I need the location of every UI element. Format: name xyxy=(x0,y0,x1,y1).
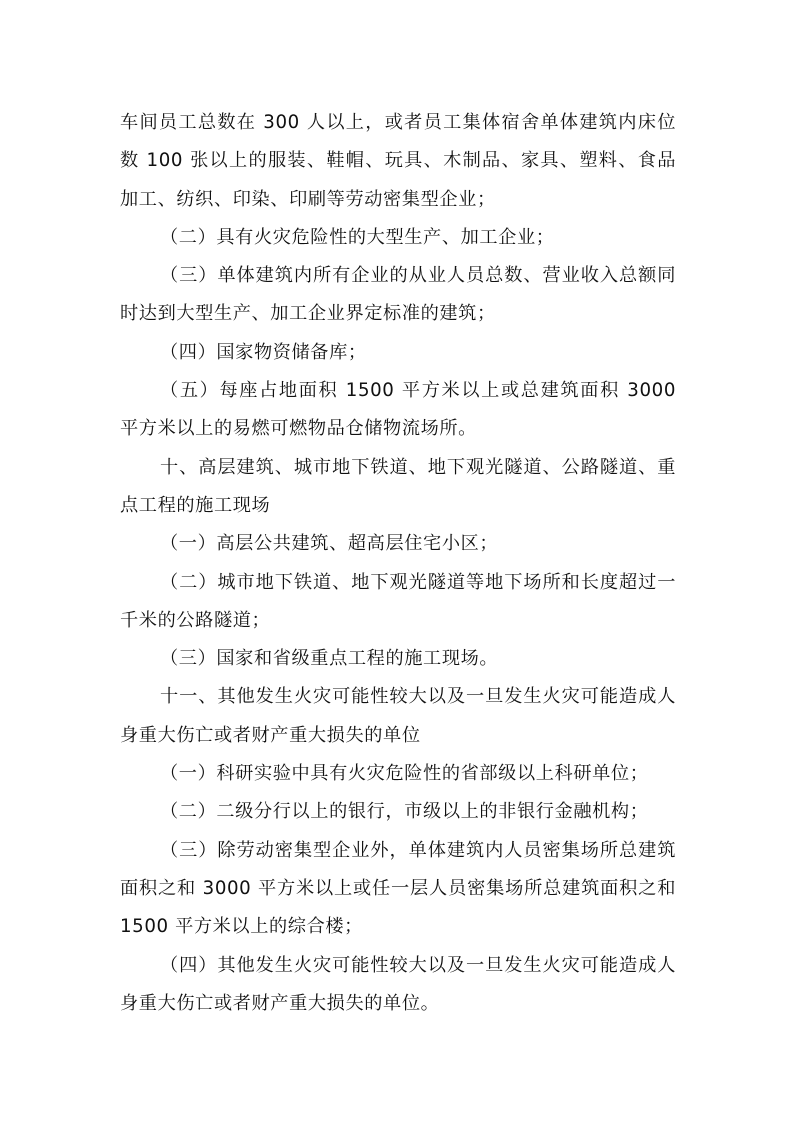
list-item-2: （二）具有火灾危险性的大型生产、加工企业； xyxy=(120,219,676,257)
paragraph-continuation: 车间员工总数在 300 人以上，或者员工集体宿舍单体建筑内床位数 100 张以上… xyxy=(120,104,676,219)
list-item-3: （三）国家和省级重点工程的施工现场。 xyxy=(120,640,676,678)
list-item-3: （三）除劳动密集型企业外，单体建筑内人员密集场所总建筑面积之和 3000 平方米… xyxy=(120,832,676,947)
list-item-5: （五）每座占地面积 1500 平方米以上或总建筑面积 3000 平方米以上的易燃… xyxy=(120,372,676,449)
list-item-1: （一）高层公共建筑、超高层住宅小区； xyxy=(120,525,676,563)
document-page: 车间员工总数在 300 人以上，或者员工集体宿舍单体建筑内床位数 100 张以上… xyxy=(120,104,676,1023)
list-item-3: （三）单体建筑内所有企业的从业人员总数、营业收入总额同时达到大型生产、加工企业界… xyxy=(120,257,676,334)
list-item-1: （一）科研实验中具有火灾危险性的省部级以上科研单位； xyxy=(120,755,676,793)
section-heading-11: 十一、其他发生火灾可能性较大以及一旦发生火灾可能造成人身重大伤亡或者财产重大损失… xyxy=(120,678,676,755)
section-heading-10: 十、高层建筑、城市地下铁道、地下观光隧道、公路隧道、重点工程的施工现场 xyxy=(120,449,676,526)
list-item-2: （二）城市地下铁道、地下观光隧道等地下场所和长度超过一千米的公路隧道； xyxy=(120,564,676,641)
list-item-4: （四）国家物资储备库； xyxy=(120,334,676,372)
list-item-4: （四）其他发生火灾可能性较大以及一旦发生火灾可能造成人身重大伤亡或者财产重大损失… xyxy=(120,947,676,1024)
list-item-2: （二）二级分行以上的银行，市级以上的非银行金融机构； xyxy=(120,793,676,831)
